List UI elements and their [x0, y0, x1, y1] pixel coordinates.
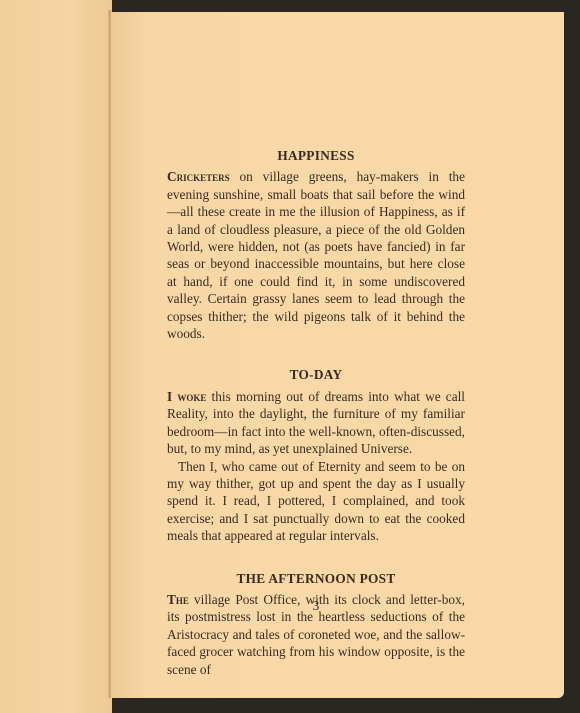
section-to-day: TO-DAY I woke this morning out of dreams…: [167, 366, 465, 544]
page-text: HAPPINESS Cricketers on village greens, …: [167, 147, 465, 678]
left-page: [0, 0, 112, 713]
paragraph: Then I, who came out of Eternity and see…: [167, 458, 465, 545]
section-heading: TO-DAY: [167, 366, 465, 383]
section-heading: THE AFTERNOON POST: [167, 570, 465, 587]
lead-words: Cricketers: [167, 169, 230, 184]
section-happiness: HAPPINESS Cricketers on village greens, …: [167, 147, 465, 342]
paragraph: I woke this morning out of dreams into w…: [167, 388, 465, 458]
section-heading: HAPPINESS: [167, 147, 465, 164]
page-number: 3: [167, 597, 465, 614]
section-afternoon-post: THE AFTERNOON POST The village Post Offi…: [167, 570, 465, 678]
paragraph: Cricketers on village greens, hay-makers…: [167, 168, 465, 342]
lead-words: I woke: [167, 389, 206, 404]
